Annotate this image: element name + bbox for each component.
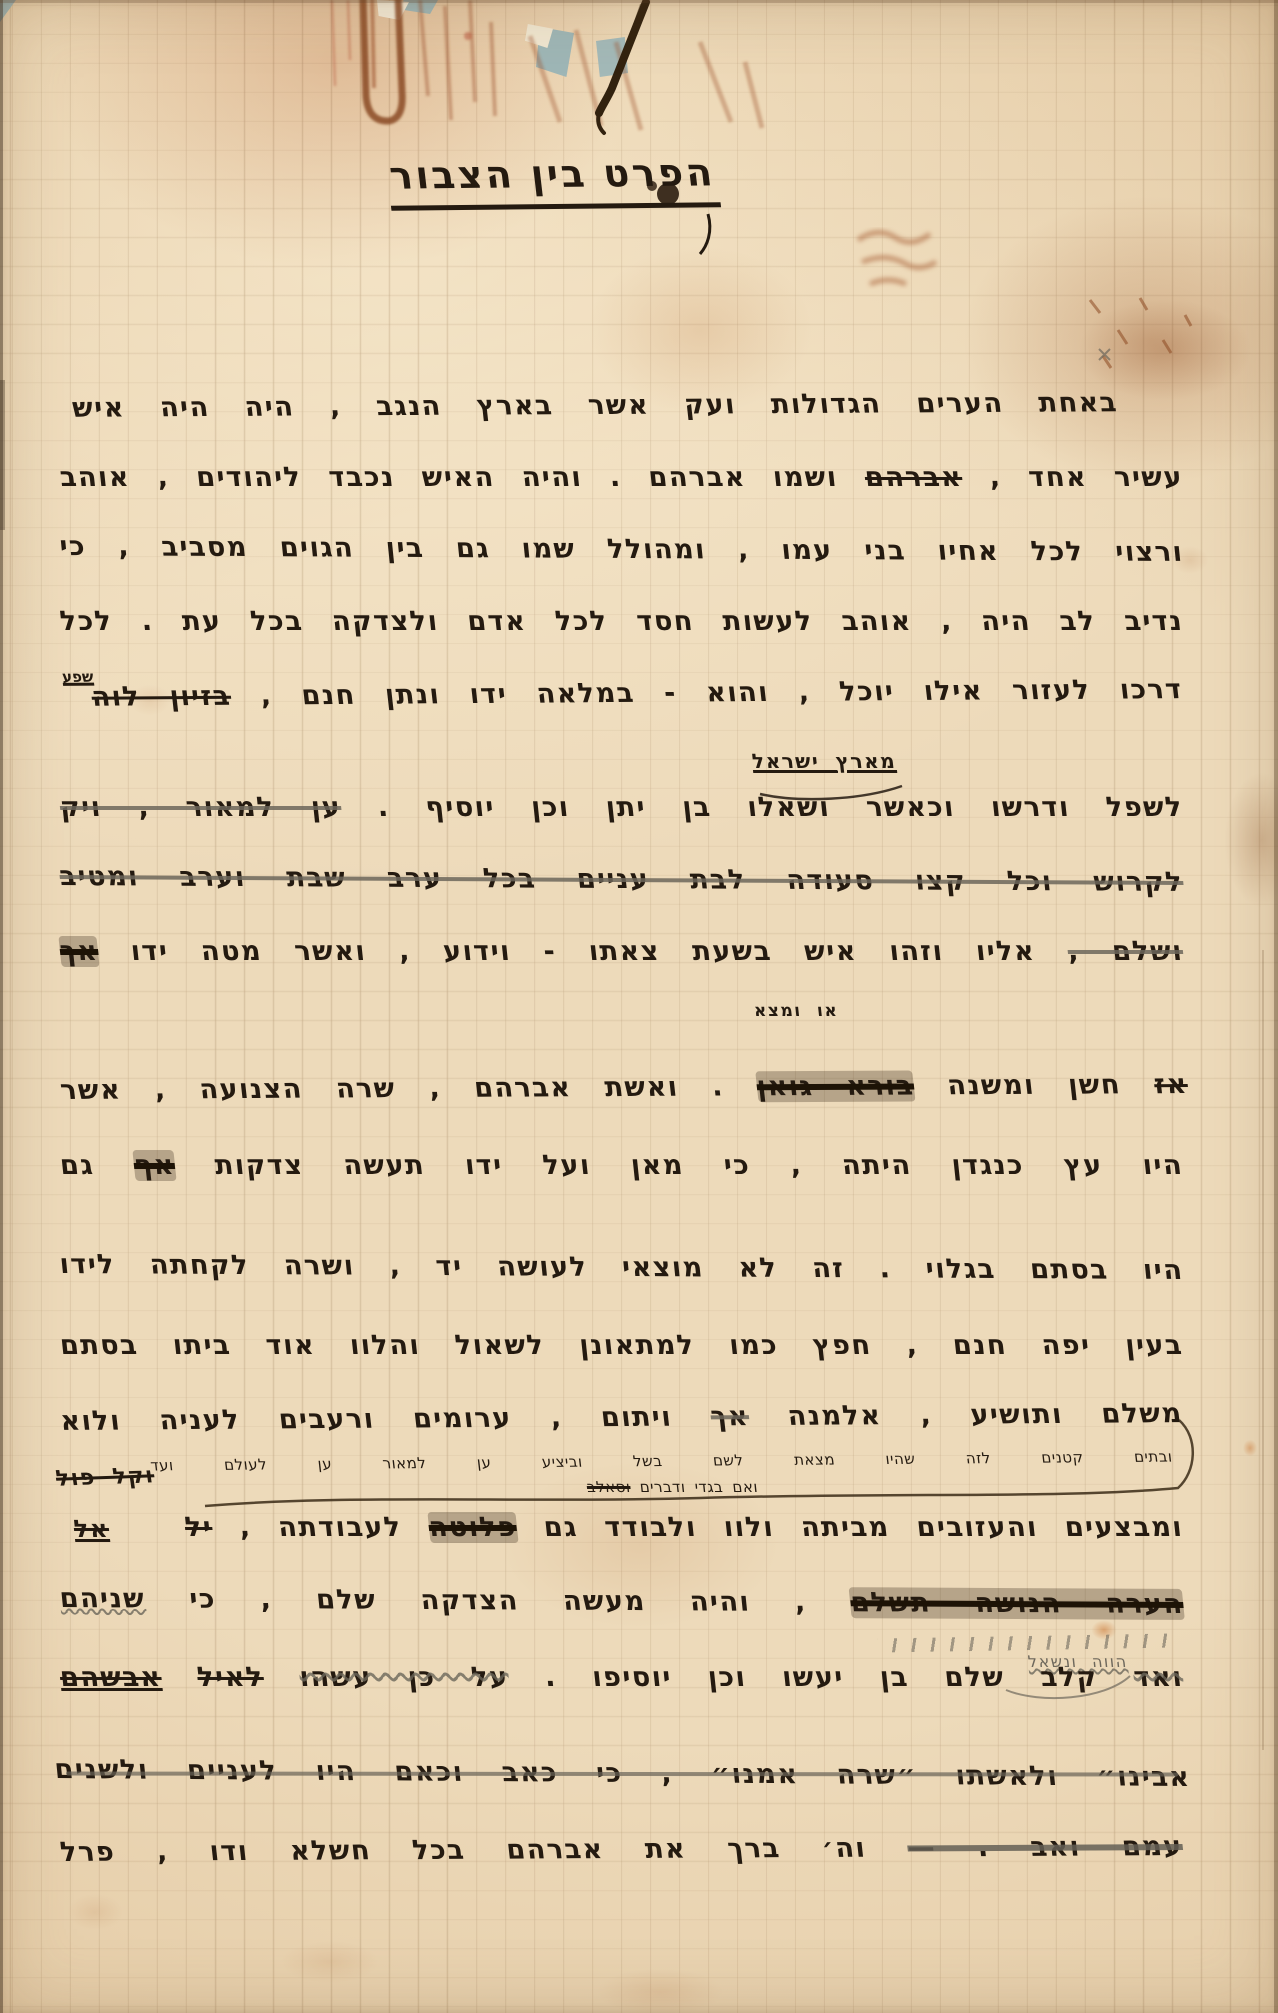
handwritten-text: קלב שלם בן יעשו וכן יוסיפו . [507, 1662, 1135, 1693]
superscript-correction: שפע [61, 668, 94, 686]
handwritten-text: ויתום , ערומים ורעבים לעניה ולוא [59, 1401, 713, 1437]
handwritten-text: היו בסתם בגלוי . זה לא מוצאי לעושה יד , … [58, 1249, 1185, 1286]
struck-text: בזיון לוהשפע [60, 657, 234, 689]
struck-text: אף [132, 1150, 176, 1181]
struck-text: אך [709, 1401, 751, 1432]
handwritten-text: גם [58, 1150, 135, 1181]
manuscript-title: הפרט בין הצבור [385, 150, 721, 210]
struck-text: ען למאור , ויק [58, 792, 342, 823]
handwritten-text: עשיר אחד , [960, 462, 1184, 493]
manuscript-line-4: נדיב לב היה , אוהב לעשות חסד לכל אדם ולצ… [58, 604, 1185, 639]
struck-text: עמם ואב . — [906, 1831, 1185, 1863]
handwritten-text: חשן ומשנה [912, 1069, 1156, 1101]
handwritten-text: וה׳ ברך את אברהם בכל חשלא ודו , פרל [59, 1833, 910, 1868]
handwritten-text: משלם ותושיע , אלמנה [747, 1398, 1184, 1432]
handwritten-text: היו עץ כנגדן היתה , כי מאן ועל ידו תעשה … [173, 1150, 1184, 1181]
struck-text: אברהם [863, 462, 963, 493]
struck-text: וקל פול [54, 1463, 156, 1491]
handwritten-text: לשפל ודרשו וכאשר ושאלו בן יתן וכן יוסיף … [340, 792, 1185, 823]
foxing-spots [0, 0, 1278, 2013]
struck-text: על כן עשהו [298, 1662, 510, 1693]
handwritten-text: בעין יפה חנם , חפץ כמו למתאונן לשאול והל… [58, 1330, 1184, 1361]
handwritten-text: . ואשת אברהם , שרה הצנועה , אשר [59, 1071, 759, 1106]
handwritten-text: לעבודתה , [211, 1512, 431, 1543]
manuscript-line-12: בעין יפה חנם , חפץ כמו למתאונן לשאול והל… [58, 1328, 1185, 1363]
handwritten-text: אבינו״ ולאשתו ״שרה אמנו״ , כי כאב וכאם ה… [53, 1754, 1192, 1793]
manuscript-line-11: היו בסתם בגלוי . זה לא מוצאי לעושה יד , … [58, 1247, 1185, 1288]
torn-edge-bit [596, 37, 628, 77]
struck-text: לקרוש וכל קצו סעודה לבת עניים בכל ערב שב… [58, 861, 1185, 898]
handwritten-text: ושמו אברהם . והיה האיש נכבד ליהודים , או… [58, 462, 866, 493]
struck-text: אבשהם [58, 1662, 163, 1693]
struck-text: אך [58, 936, 100, 967]
struck-text: אל [72, 1515, 110, 1543]
manuscript-line-10: היו עץ כנגדן היתה , כי מאן ועל ידו תעשה … [58, 1148, 1185, 1183]
handwritten-text: שניהם [58, 1583, 147, 1614]
handwritten-text: מארץ ישראל [751, 749, 898, 773]
margin-note-left-2: אל [72, 1514, 110, 1545]
handwritten-text: נדיב לב היה , אוהב לעשות חסד לכל אדם ולצ… [58, 606, 1184, 637]
margin-note-left-1: וקל פול [54, 1462, 156, 1494]
manuscript-line-9: אז חשן ומשנה בורא גואן . ואשת אברהם , שר… [58, 1067, 1189, 1108]
manuscript-line-8: ושלם , אליו וזהו איש בשעת צאתו - וידוע ,… [58, 934, 1185, 969]
scanned-page: הפרט בין הצבור באחת הערים הגדולות ועק אש… [0, 0, 1278, 2013]
struck-text: הערה הנושה תשלם [849, 1587, 1185, 1620]
handwritten-text [262, 1662, 301, 1693]
handwritten-text: ורצוי לכל אחיו בני עמו , ומהולל שמו גם ב… [58, 531, 1185, 568]
manuscript-line-3: ורצוי לכל אחיו בני עמו , ומהולל שמו גם ב… [58, 529, 1185, 570]
interline-note-small: או ומצא [753, 1000, 840, 1022]
interline-note-eretz-israel: מארץ ישראל [751, 748, 898, 774]
struck-text: ושלם , [1066, 936, 1184, 967]
struck-text: בורא גואן [755, 1070, 916, 1102]
struck-text: יל [183, 1512, 214, 1543]
manuscript-line-6: לשפל ודרשו וכאשר ושאלו בן יתן וכן יוסיף … [58, 790, 1185, 825]
manuscript-line-14: ומבצעים והעזובים מביתה ולוו ולבודד גם פל… [183, 1510, 1185, 1545]
manuscript-line-7: לקרוש וכל קצו סעודה לבת עניים בכל ערב שב… [58, 859, 1185, 900]
manuscript-line-16: ואד קלב שלם בן יעשו וכן יוסיפו . על כן ע… [58, 1660, 1185, 1695]
interline-tiny-b: ואם בגדי ודברים וסאלב [339, 1478, 759, 1498]
handwritten-text: או ומצא [753, 1001, 839, 1021]
manuscript-line-18: עמם ואב . — וה׳ ברך את אברהם בכל חשלא וד… [58, 1829, 1184, 1870]
handwritten-text: ואם בגדי ודברים [629, 1478, 758, 1496]
handwritten-text: אליו וזהו איש בשעת צאתו - וידוע , ואשר מ… [97, 936, 1070, 967]
struck-text: אז [1153, 1069, 1190, 1100]
struck-text: לאיל [196, 1662, 266, 1693]
struck-text: וסאלב [586, 1478, 631, 1496]
handwritten-text: , והיה מעשה הצדקה שלם , כי [144, 1584, 852, 1619]
manuscript-line-1: באחת הערים הגדולות ועק אשר בארץ הנגב , ה… [70, 385, 1119, 426]
struck-text: פלוטה [427, 1512, 518, 1543]
handwritten-text [160, 1662, 199, 1693]
handwritten-text: ומבצעים והעזובים מביתה ולוו ולבודד גם [515, 1512, 1185, 1543]
handwritten-text: דרכו לעזור אילו יוכל , והוא - במלאה ידו … [229, 674, 1184, 712]
manuscript-line-15: הערה הנושה תשלם , והיה מעשה הצדקה שלם , … [58, 1581, 1185, 1622]
handwritten-text: באחת הערים הגדולות ועק אשר בארץ הנגב , ה… [71, 387, 1120, 423]
manuscript-line-2: עשיר אחד , אברהם ושמו אברהם . והיה האיש … [58, 460, 1185, 495]
struck-text: ואד [1132, 1662, 1185, 1693]
